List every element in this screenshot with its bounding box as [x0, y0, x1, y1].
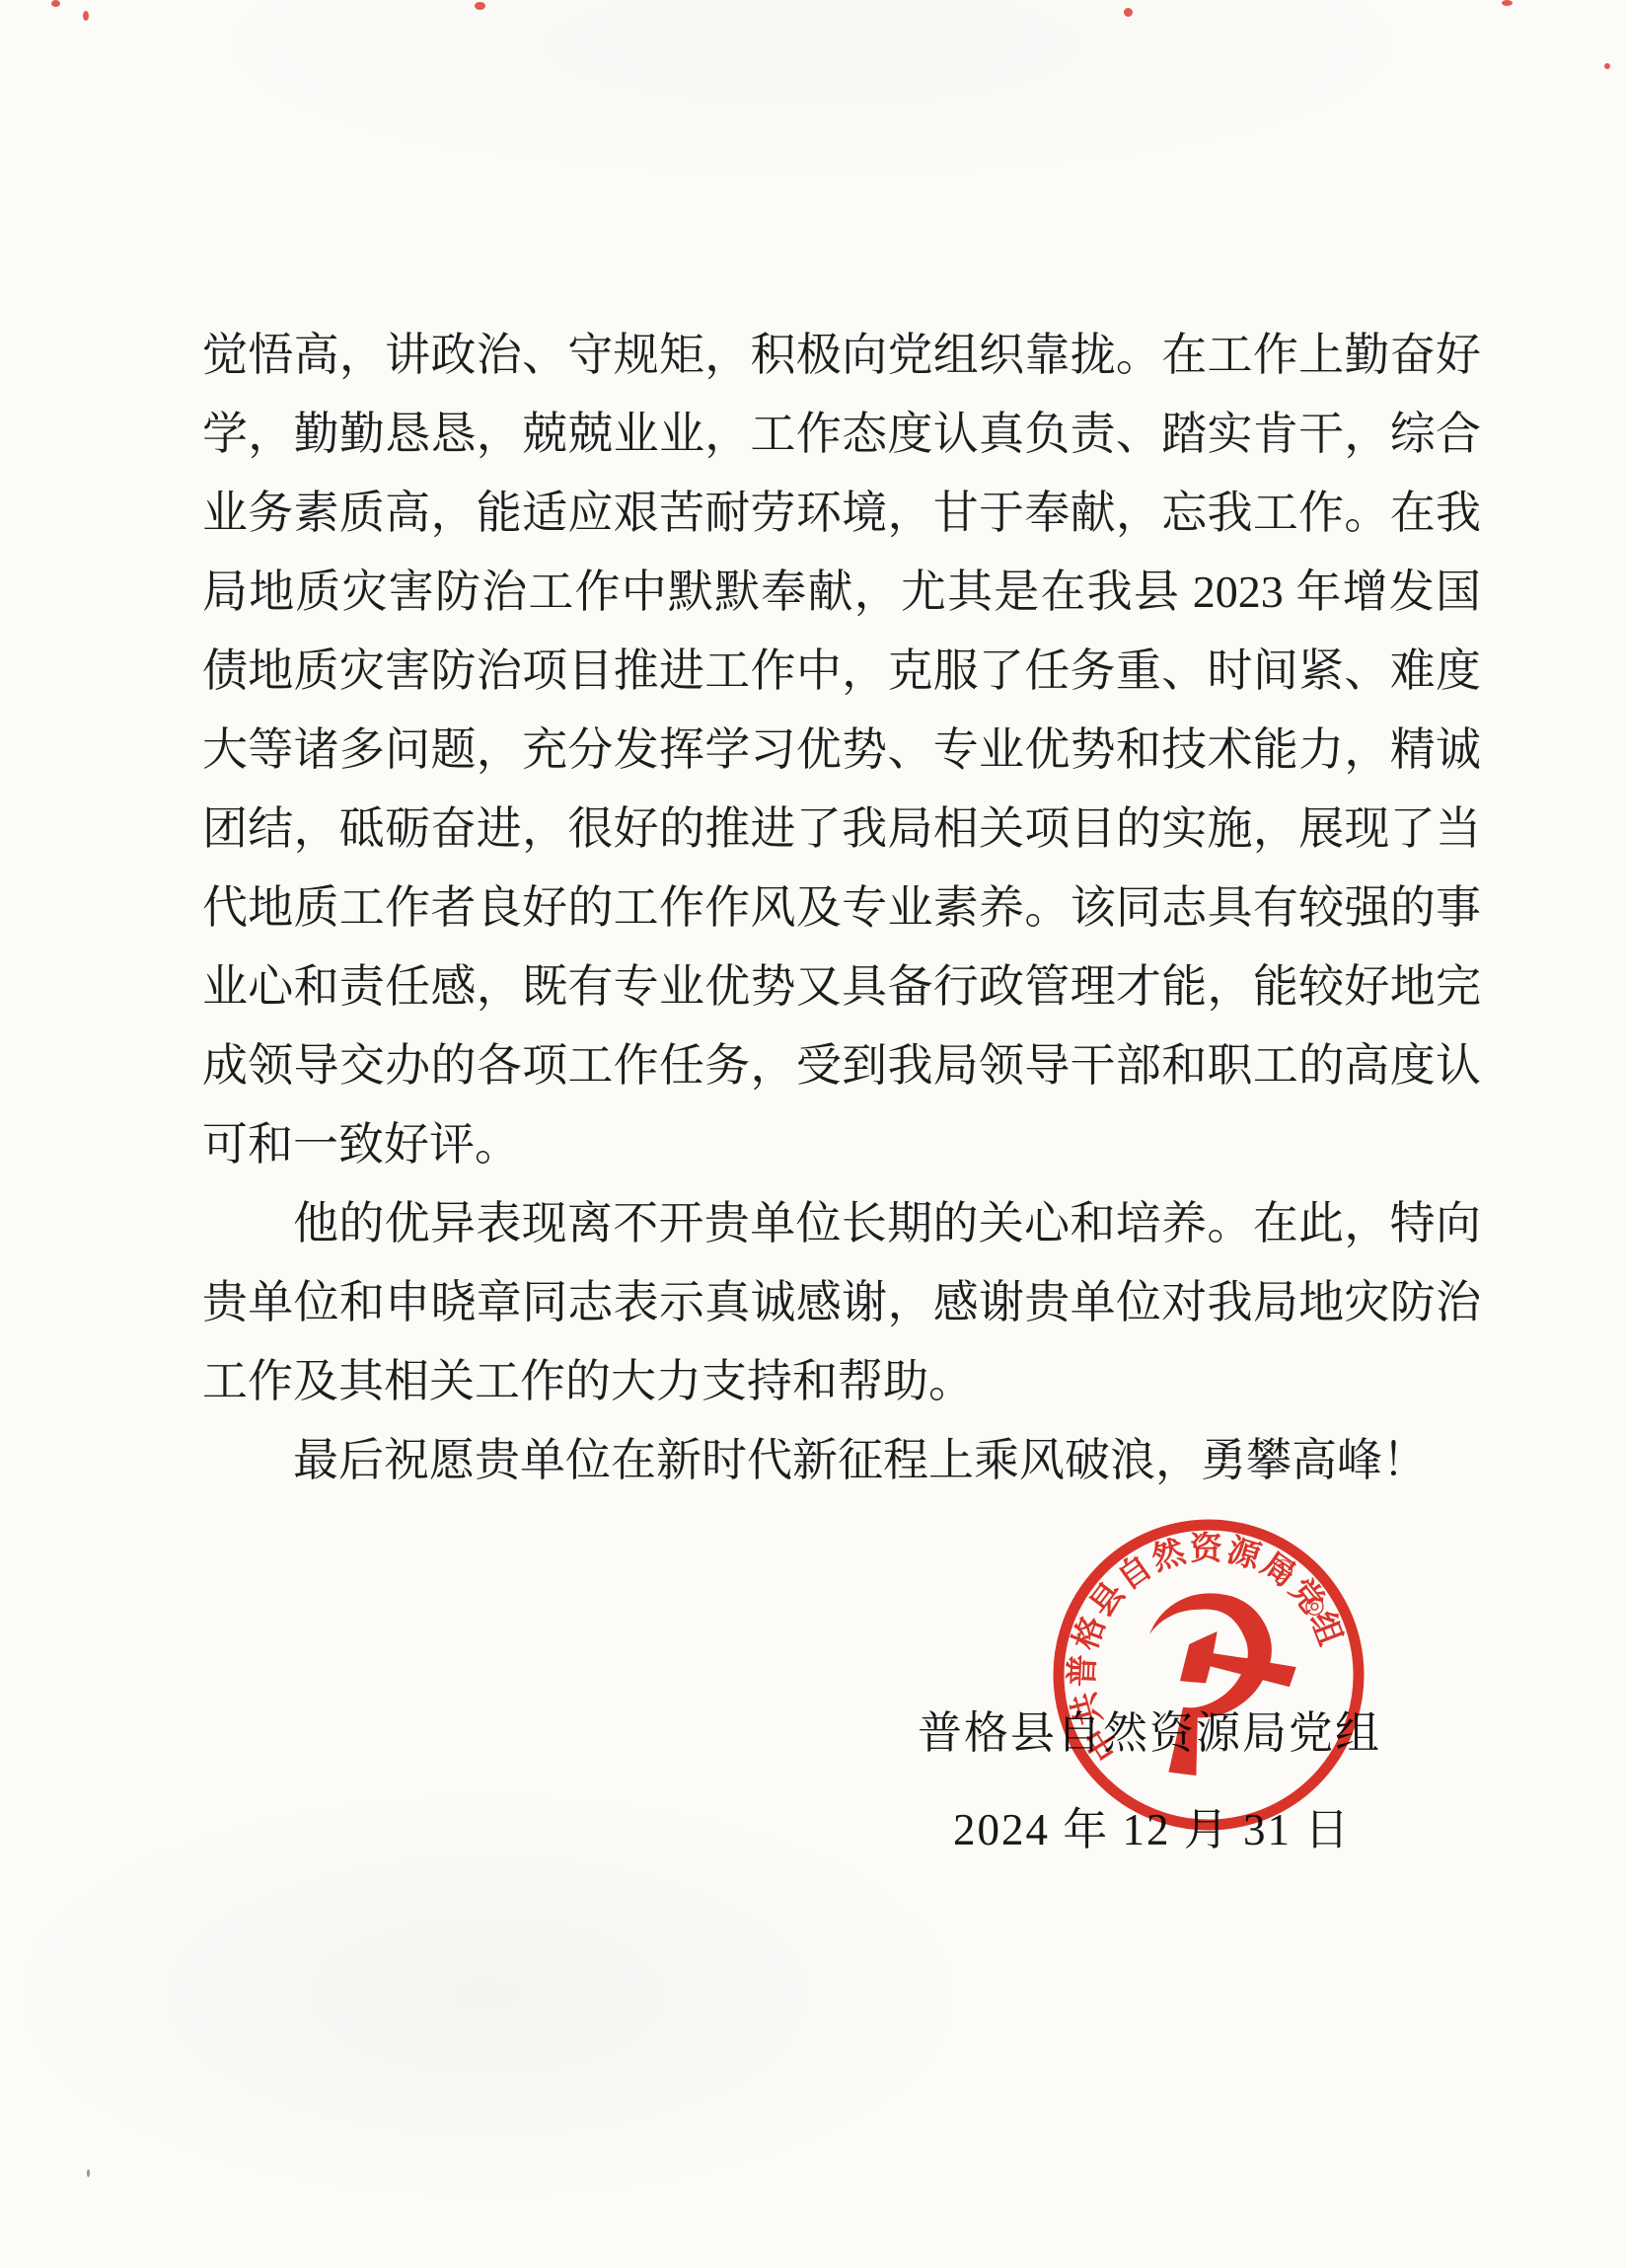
scan-speck	[1604, 63, 1610, 69]
body-line: 代地质工作者良好的工作作风及专业素养。该同志具有较强的事	[202, 869, 1481, 947]
body-line: 团结，砥砺奋进，很好的推进了我局相关项目的实施，展现了当	[202, 790, 1481, 869]
scan-speck	[475, 2, 485, 10]
scan-speck	[83, 11, 89, 21]
seal-mark-circle: ◎	[1304, 1591, 1325, 1619]
scan-speck	[1124, 8, 1133, 17]
body-line: 工作及其相关工作的大力支持和帮助。	[202, 1342, 1481, 1421]
seal-mark-circled-one: ①	[1271, 1555, 1294, 1586]
body-line: 债地质灾害防治项目推进工作中，克服了任务重、时间紧、难度	[202, 632, 1481, 711]
scan-speck	[1502, 0, 1513, 6]
body-line: 大等诸多问题，充分发挥学习优势、专业优势和技术能力，精诚	[202, 711, 1481, 790]
body-line: 局地质灾害防治工作中默默奉献，尤其是在我县 2023 年增发国	[202, 553, 1481, 632]
letter-body: 觉悟高，讲政治、守规矩，积极向党组织靠拢。在工作上勤奋好 学，勤勤恳恳，兢兢业业…	[202, 316, 1481, 1500]
body-line: 觉悟高，讲政治、守规矩，积极向党组织靠拢。在工作上勤奋好	[202, 316, 1481, 395]
scan-speck	[87, 2169, 90, 2177]
body-line: 可和一致好评。	[202, 1105, 1481, 1184]
body-line: 业心和责任感，既有专业优势又具备行政管理才能，能较好地完	[202, 947, 1481, 1026]
scan-speck	[51, 0, 60, 7]
body-line: 学，勤勤恳恳，兢兢业业，工作态度认真负责、踏实肯干，综合	[202, 395, 1481, 474]
body-line: 成领导交办的各项工作任务，受到我局领导干部和职工的高度认	[202, 1026, 1481, 1105]
body-line: 业务素质高，能适应艰苦耐劳环境，甘于奉献，忘我工作。在我	[202, 474, 1481, 553]
body-line: 他的优异表现离不开贵单位长期的关心和培养。在此，特向	[202, 1184, 1481, 1263]
body-line: 贵单位和申晓章同志表示真诚感谢，感谢贵单位对我局地灾防治	[202, 1263, 1481, 1342]
scanned-letter-page: 觉悟高，讲政治、守规矩，积极向党组织靠拢。在工作上勤奋好 学，勤勤恳恳，兢兢业业…	[0, 0, 1625, 2268]
